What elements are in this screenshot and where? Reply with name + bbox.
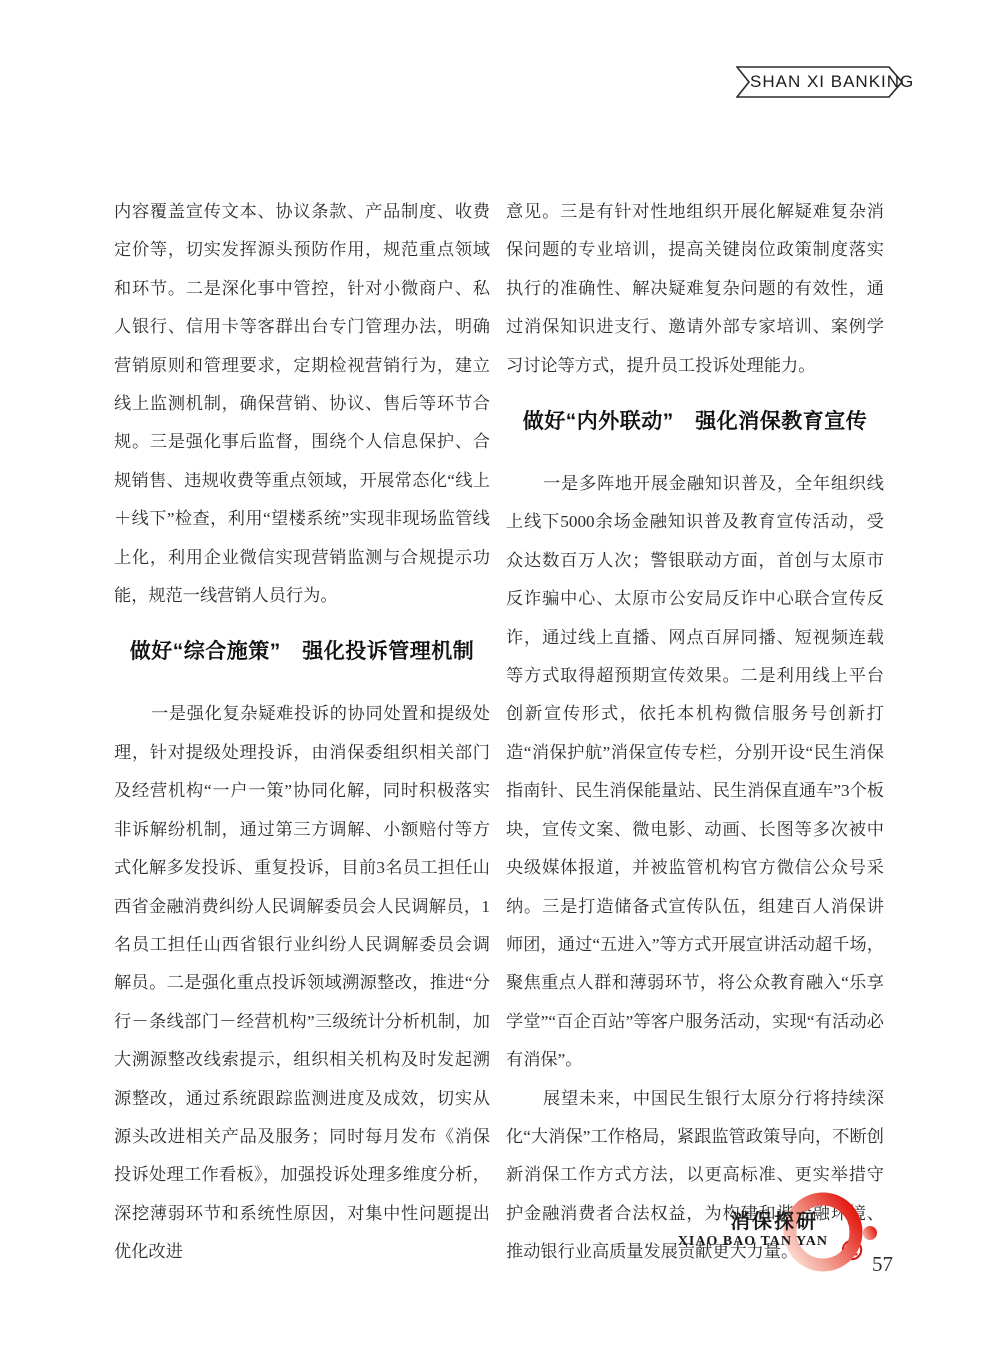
section-heading-complaint-management: 做好“综合施策” 强化投诉管理机制 bbox=[114, 637, 490, 667]
paragraph-education-publicity: 一是多阵地开展金融知识普及，全年组织线上线下5000余场金融知识普及教育宣传活动… bbox=[506, 465, 884, 1080]
document-page: SHAN XI BANKING 内容覆盖宣传文本、协议条款、产品制度、收费定价等… bbox=[0, 0, 992, 1346]
column-title-pinyin: XIAO BAO TAN YAN bbox=[600, 1234, 828, 1250]
journal-name: SHAN XI BANKING bbox=[750, 66, 900, 98]
left-column: 内容覆盖宣传文本、协议条款、产品制度、收费定价等，切实发挥源头预防作用，规范重点… bbox=[114, 193, 490, 1272]
paragraph-intro-continuation: 内容覆盖宣传文本、协议条款、产品制度、收费定价等，切实发挥源头预防作用，规范重点… bbox=[114, 193, 490, 615]
logo-dot-icon bbox=[862, 1225, 878, 1241]
column-title-chinese: 消保探研 bbox=[640, 1205, 818, 1234]
paragraph-complaint-management: 一是强化复杂疑难投诉的协同处置和提级处理，针对提级处理投诉，由消保委组织相关部门… bbox=[114, 695, 490, 1271]
page-number: 57 bbox=[872, 1252, 893, 1277]
section-heading-education-publicity: 做好“内外联动” 强化消保教育宣传 bbox=[506, 407, 884, 437]
journal-banner: SHAN XI BANKING bbox=[736, 66, 904, 98]
right-column: 意见。三是有针对性地组织开展化解疑难复杂消保问题的专业培训，提高关键岗位政策制度… bbox=[506, 193, 884, 1272]
paragraph-training-continuation: 意见。三是有针对性地组织开展化解疑难复杂消保问题的专业培训，提高关键岗位政策制度… bbox=[506, 193, 884, 385]
